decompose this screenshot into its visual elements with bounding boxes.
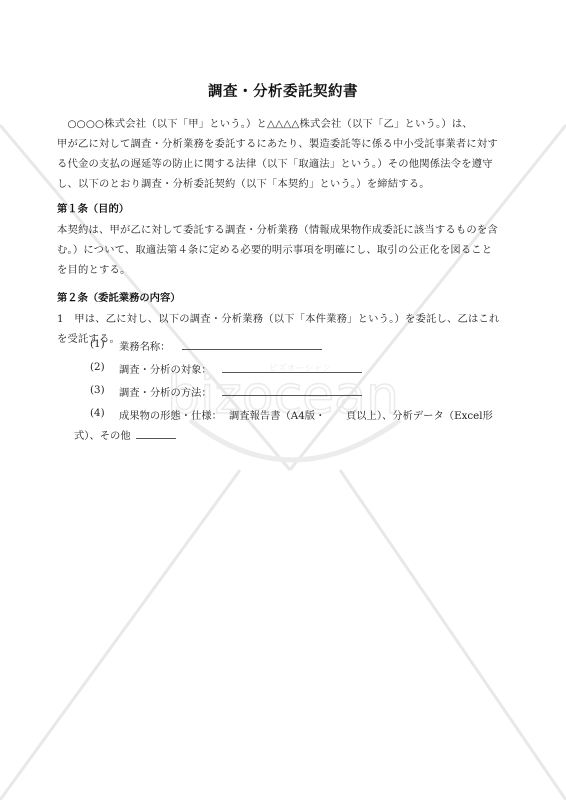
item-label: 業務名称：: [119, 338, 170, 353]
item-value: 調査報告書（A4版・ 頁以上）、分析データ（Excel形: [229, 407, 493, 422]
article-1-heading: 第１条（目的）: [57, 200, 129, 215]
item-label: 成果物の形態・仕様：: [119, 407, 222, 422]
item-number: (1): [90, 338, 105, 350]
item-number: (2): [90, 361, 105, 373]
business-name-blank[interactable]: [182, 349, 322, 350]
survey-target-blank[interactable]: [222, 372, 362, 373]
article-1-line: む。）について、取適法第４条に定める必要的明示事項を明確にし、取引の公正化を図る…: [57, 240, 509, 261]
item-number: (4): [90, 407, 105, 419]
article-1-line: を目的とする。: [57, 260, 509, 281]
item-value-cont: 式）、その他: [74, 427, 131, 442]
preamble-line: 甲が乙に対して調査・分析業務を委託するにあたり、製造委託等に係る中小受託事業者に…: [57, 134, 509, 155]
item-label: 調査・分析の対象：: [119, 361, 212, 376]
item-label: 調査・分析の方法：: [119, 384, 212, 399]
other-format-blank[interactable]: [136, 438, 176, 439]
preamble-line: し、以下のとおり調査・分析委託契約（以下「本契約」という。）を締結する。: [57, 174, 509, 195]
article-1-line: 本契約は、甲が乙に対して委託する調査・分析業務（情報成果物作成委託に該当するもの…: [57, 220, 509, 241]
preamble-line: ○○○○株式会社（以下「甲」という。）と△△△△株式会社（以下「乙」という。）は…: [57, 114, 509, 135]
preamble-line: る代金の支払の遅延等の防止に関する法律（以下「取適法」という。）その他関係法令を…: [57, 154, 509, 175]
article-2-para1: 1 甲は、乙に対し、以下の調査・分析業務（以下「本件業務」という。）を委託し、乙…: [57, 309, 509, 330]
item-number: (3): [90, 384, 105, 396]
article-2-heading: 第２条（委託業務の内容）: [57, 289, 181, 304]
survey-method-blank[interactable]: [222, 395, 362, 396]
document-title: 調査・分析委託契約書: [57, 80, 509, 101]
